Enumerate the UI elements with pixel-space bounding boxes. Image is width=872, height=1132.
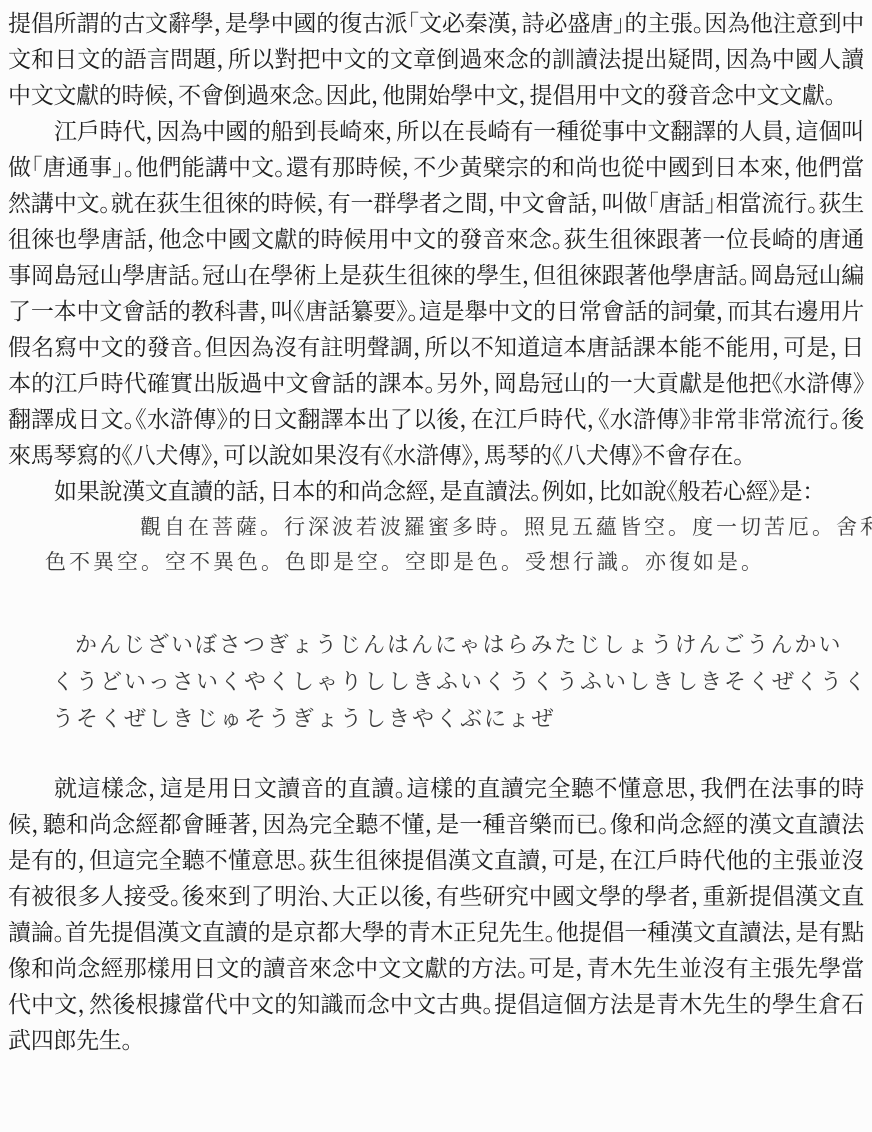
document-page: 提倡所謂的古文辭學，是學中國的復古派「文必秦漢，詩必盛唐」的主張。因為他注意到中…: [0, 0, 872, 1132]
sutra-kana-line: うそくぜしきじゅそうぎょうしきやくぶにょぜ: [52, 700, 864, 737]
sutra-chinese-line: 觀自在菩薩。行深波若波羅蜜多時。照見五蘊皆空。度一切苦厄。舍利子。: [45, 510, 864, 545]
handwritten-heart-sutra-chinese: 觀自在菩薩。行深波若波羅蜜多時。照見五蘊皆空。度一切苦厄。舍利子。 色不異空。空…: [45, 510, 864, 580]
paragraph-direct-reading-intro: 如果說漢文直讀的話，日本的和尚念經，是直讀法。例如，比如說《般若心經》是：: [8, 474, 864, 510]
sutra-chinese-line: 色不異空。空不異色。色即是空。空即是色。受想行識。亦復如是。: [45, 545, 864, 580]
paragraph-edo-tang-interpreters: 江戶時代，因為中國的船到長崎來，所以在長崎有一種從事中文翻譯的人員，這個叫做「唐…: [8, 114, 864, 474]
paragraph-direct-reading-revival: 就這樣念，這是用日文讀音的直讀。這樣的直讀完全聽不懂意思，我們在法事的時候，聽和…: [8, 771, 864, 1059]
sutra-kana-line: かんじざいぼさつぎょうじんはんにゃはらみたじしょうけんごうんかい: [52, 626, 864, 663]
handwritten-heart-sutra-kana: かんじざいぼさつぎょうじんはんにゃはらみたじしょうけんごうんかい くうどいっさい…: [52, 626, 864, 737]
paragraph-kobunjigaku: 提倡所謂的古文辭學，是學中國的復古派「文必秦漢，詩必盛唐」的主張。因為他注意到中…: [8, 6, 864, 114]
sutra-kana-line: くうどいっさいくやくしゃりししきふいくうくうふいしきしきそくぜくうく: [52, 663, 864, 700]
